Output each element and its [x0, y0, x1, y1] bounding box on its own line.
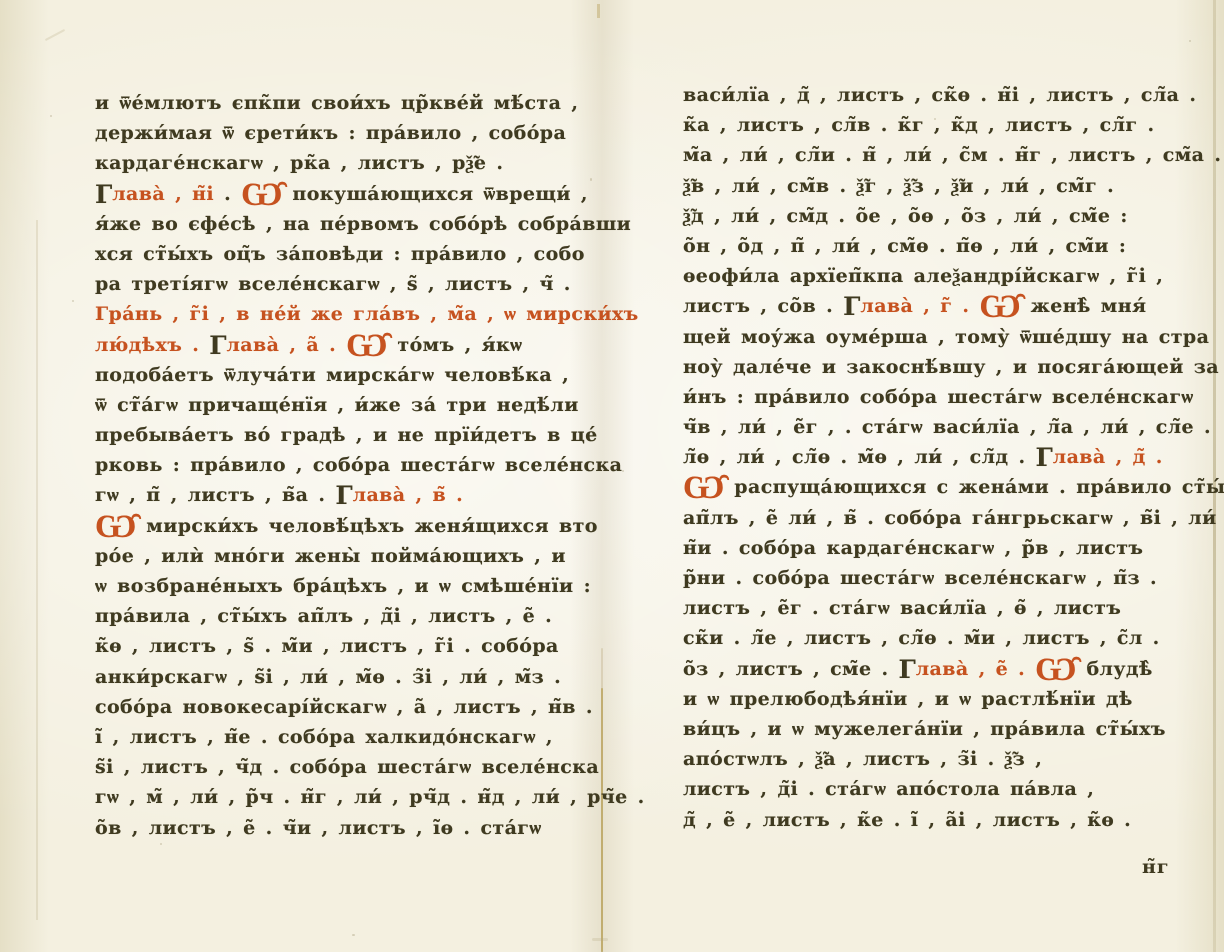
- text-line: к̃а , листъ , сл̃в . к̃г , к̃д , листъ ,…: [683, 110, 1188, 140]
- text-segment: ро́е , илѝ мно́ги жены̀ пойма́ющихъ , и: [95, 545, 566, 567]
- text-line: анки́рскагѡ , ѕ̃і , ли́ , м̃ѳ . з̃і , ли…: [95, 662, 600, 692]
- text-line: і̃ , листъ , н̃е . собо́ра халкидо́нскаг…: [95, 722, 600, 752]
- text-line: ра треті́ягѡ вселе́нскагѡ , ѕ̃ , листъ ,…: [95, 269, 600, 299]
- text-line: пребыва́етъ во́ градѣ , и не прїи́детъ в…: [95, 420, 600, 450]
- paper-speck: [590, 178, 592, 181]
- text-segment: гѡ , п̃ , листъ , в̃а .: [95, 484, 335, 506]
- text-segment: держи́мая ѿ єрети́къ : пра́вило , собо́р…: [95, 122, 566, 144]
- text-segment: подоба́етъ ѿлуча́ти мирска́гѡ человѣ́ка …: [95, 364, 569, 386]
- text-segment: гѡ , м̃ , ли́ , р̃ч . н̃г , ли́ , рч̃д .…: [95, 786, 645, 808]
- text-segment: то́мъ , я́кѡ: [387, 334, 522, 356]
- ornate-initial: Ѡ̑: [979, 286, 1020, 325]
- text-line: о̃в , листъ , е̃ . ч̃и , листъ , і̃ѳ . с…: [95, 813, 600, 843]
- text-line: апо́стѡлъ , ѯ̃а , листъ , з̃і . ѯ̃з ,: [683, 744, 1188, 774]
- text-line: листъ , е̃г . ста́гѡ васи́лїа , ѳ̃ , лис…: [683, 593, 1188, 623]
- text-segment: и ѡ прелюбодѣя́нїи , и ѡ растлѣ́нїи дѣ: [683, 688, 1133, 710]
- paper-speck: [50, 115, 52, 117]
- text-segment: ѿ ст̃а́гѡ причаще́нїя , и́же за́ три нед…: [95, 394, 579, 416]
- text-segment: ѯ̃в , ли́ , см̃в . ѯ̃г , ѯ̃з , ѯ̃и , ли́…: [683, 175, 1114, 197]
- text-segment: рковь : пра́вило , собо́ра шеста́гѡ всел…: [95, 454, 622, 476]
- text-line: Глава̀ , н̃і . Ѡ̑ покуша́ющихся ѿврещи́ …: [95, 179, 600, 209]
- text-segment: [969, 295, 979, 317]
- gutter-crease-line: [601, 688, 603, 952]
- chapter-capital: Г: [1036, 443, 1053, 472]
- chapter-capital: Г: [95, 180, 112, 209]
- text-line: я́же во єфе́сѣ , на пе́рвомъ собо́рѣ соб…: [95, 209, 600, 239]
- text-segment: апо́стѡлъ , ѯ̃а , листъ , з̃і . ѯ̃з ,: [683, 748, 1042, 770]
- text-segment: лю́дѣхъ .: [95, 334, 209, 356]
- text-line: листъ , д̃і . ста́гѡ апо́стола па́вла ,: [683, 774, 1188, 804]
- text-segment: листъ , со̃в .: [683, 295, 843, 317]
- text-line: ви́цъ , и ѡ мужелега́нїи , пра́вила ст̃ы…: [683, 714, 1188, 744]
- text-segment: листъ , д̃і . ста́гѡ апо́стола па́вла ,: [683, 778, 1094, 800]
- text-segment: и ѿе́млютъ єпк̃пи свои́хъ цр̃кве́й мѣ́ст…: [95, 92, 578, 114]
- text-segment: ск̃и . л̃е , листъ , сл̃ѳ . м̃и , листъ …: [683, 627, 1160, 649]
- page-left: и ѿе́млютъ єпк̃пи свои́хъ цр̃кве́й мѣ́ст…: [0, 0, 600, 952]
- text-line: держи́мая ѿ єрети́къ : пра́вило , собо́р…: [95, 118, 600, 148]
- text-line: листъ , со̃в . Глава̀ , г̃ . Ѡ̑ женѣ̀ мн…: [683, 291, 1188, 321]
- text-segment: лава̀ , н̃і: [112, 183, 214, 205]
- text-segment: ѡ возбране́ныхъ бра́цѣхъ , и ѡ смѣше́нїи…: [95, 575, 591, 597]
- text-line: ѿ ст̃а́гѡ причаще́нїя , и́же за́ три нед…: [95, 390, 600, 420]
- text-line: ро́е , илѝ мно́ги жены̀ пойма́ющихъ , и: [95, 541, 600, 571]
- text-line: собо́ра новокесарі́йскагѡ , а̃ , листъ ,…: [95, 692, 600, 722]
- text-line: гѡ , м̃ , ли́ , р̃ч . н̃г , ли́ , рч̃д .…: [95, 782, 600, 812]
- text-line: л̃ѳ , ли́ , сл̃ѳ . м̃ѳ , ли́ , сл̃д . Гл…: [683, 442, 1188, 472]
- text-segment: ап̃лъ , е̃ ли́ , в̃ . собо́ра га́нгрьска…: [683, 507, 1224, 529]
- text-segment: листъ , е̃г . ста́гѡ васи́лїа , ѳ̃ , лис…: [683, 597, 1121, 619]
- text-line: д̃ , е̃ , листъ , к̃е . і̃ , а̃і , листъ…: [683, 805, 1188, 835]
- text-segment: о̃з , листъ , см̃е .: [683, 658, 899, 680]
- book-scan: и ѿе́млютъ єпк̃пи свои́хъ цр̃кве́й мѣ́ст…: [0, 0, 1224, 952]
- text-line: пра́вила , ст̃ы́хъ ап̃лъ , д̃і , листъ ,…: [95, 601, 600, 631]
- bottom-gutter-smudge: [592, 938, 608, 941]
- text-segment: я́же во єфе́сѣ , на пе́рвомъ собо́рѣ соб…: [95, 213, 631, 235]
- text-line: и ѡ прелюбодѣя́нїи , и ѡ растлѣ́нїи дѣ: [683, 684, 1188, 714]
- ornate-initial: Ѡ̑: [1035, 649, 1076, 688]
- text-line: ап̃лъ , е̃ ли́ , в̃ . собо́ра га́нгрьска…: [683, 503, 1188, 533]
- text-segment: ѕ̃і , листъ , ч̃д . собо́ра шеста́гѡ все…: [95, 756, 599, 778]
- chapter-capital: Г: [843, 292, 860, 321]
- text-segment: ви́цъ , и ѡ мужелега́нїи , пра́вила ст̃ы…: [683, 718, 1166, 740]
- text-segment: мирски́хъ человѣ́цѣхъ женя́щихся вто: [136, 515, 598, 537]
- paper-speck: [352, 934, 355, 936]
- text-line: и ѿе́млютъ єпк̃пи свои́хъ цр̃кве́й мѣ́ст…: [95, 88, 600, 118]
- text-segment: кардаге́нскагѡ , рк̃а , листъ , рѯ̃е .: [95, 152, 503, 174]
- text-segment: лава̀ , г̃ .: [860, 295, 969, 317]
- text-segment: [1025, 658, 1035, 680]
- text-segment: к̃а , листъ , сл̃в . к̃г , к̃д , листъ ,…: [683, 114, 1154, 136]
- text-segment: д̃ , е̃ , листъ , к̃е . і̃ , а̃і , листъ…: [683, 809, 1131, 831]
- text-segment: .: [214, 183, 241, 205]
- text-line: и́нъ : пра́вило собо́ра шеста́гѡ вселе́н…: [683, 382, 1188, 412]
- text-segment: о̃н , о̃д , п̃ , ли́ , см̃ѳ . п̃ѳ , ли́ …: [683, 235, 1126, 257]
- text-line: ск̃и . л̃е , листъ , сл̃ѳ . м̃и , листъ …: [683, 623, 1188, 653]
- text-segment: і̃ , листъ , н̃е . собо́ра халкидо́нскаг…: [95, 726, 553, 748]
- text-segment: анки́рскагѡ , ѕ̃і , ли́ , м̃ѳ . з̃і , ли…: [95, 666, 561, 688]
- paper-speck: [1214, 520, 1216, 523]
- text-segment: ѳеофи́ла архїеп̃кпа алеѯандрі́йскагѡ , г…: [683, 265, 1163, 287]
- folio-number: н̃г: [1142, 856, 1170, 878]
- paper-speck: [160, 843, 162, 845]
- text-line: м̃а , ли́ , сл̃и . н̃ , ли́ , с̃м . н̃г …: [683, 140, 1188, 170]
- text-line: щей моу́жа оуме́рша , тому̀ ѿше́дшу на с…: [683, 322, 1188, 352]
- text-segment: ноу̀ дале́че и закоснѣ́вшу , и посяга́ющ…: [683, 356, 1219, 378]
- text-segment: покуша́ющихся ѿврещи́ ,: [282, 183, 588, 205]
- text-segment: щей моу́жа оуме́рша , тому̀ ѿше́дшу на с…: [683, 326, 1209, 348]
- text-segment: к̃ѳ , листъ , ѕ̃ . м̃и , листъ , г̃і . с…: [95, 635, 559, 657]
- chapter-capital: Г: [335, 481, 352, 510]
- text-segment: блудѣ̀: [1076, 658, 1152, 680]
- text-line: н̃и . собо́ра кардаге́нскагѡ , р̃в , лис…: [683, 533, 1188, 563]
- text-segment: васи́лїа , д̃ , листъ , ск̃ѳ . н̃і , лис…: [683, 84, 1196, 106]
- text-line: лю́дѣхъ . Глава̀ , а̃ . Ѡ̑ то́мъ , я́кѡ: [95, 330, 600, 360]
- text-line: рковь : пра́вило , собо́ра шеста́гѡ всел…: [95, 450, 600, 480]
- text-line: хся ст̃ы́хъ оц̃ъ за́повѣди : пра́вило , …: [95, 239, 600, 269]
- text-line: ч̃в , ли́ , е̃г , . ста́гѡ васи́лїа , л̃…: [683, 412, 1188, 442]
- text-segment: лава̀ , д̃ .: [1053, 446, 1163, 468]
- chapter-capital: Г: [899, 655, 916, 684]
- page-right: васи́лїа , д̃ , листъ , ск̃ѳ . н̃і , лис…: [612, 0, 1224, 952]
- text-segment: женѣ̀ мня́: [1021, 295, 1147, 317]
- chapter-capital: Г: [209, 331, 226, 360]
- text-segment: лава̀ , в̃ .: [353, 484, 464, 506]
- text-segment: и́нъ : пра́вило собо́ра шеста́гѡ вселе́н…: [683, 386, 1194, 408]
- text-segment: м̃а , ли́ , сл̃и . н̃ , ли́ , с̃м . н̃г …: [683, 144, 1221, 166]
- text-segment: пребыва́етъ во́ градѣ , и не прїи́детъ в…: [95, 424, 598, 446]
- text-segment: лава̀ , е̃ .: [916, 658, 1025, 680]
- text-line: подоба́етъ ѿлуча́ти мирска́гѡ человѣ́ка …: [95, 360, 600, 390]
- left-page-text-block: и ѿе́млютъ єпк̃пи свои́хъ цр̃кве́й мѣ́ст…: [95, 88, 600, 843]
- text-segment: р̃ни . собо́ра шеста́гѡ вселе́нскагѡ , п…: [683, 567, 1157, 589]
- text-line: ѯ̃в , ли́ , см̃в . ѯ̃г , ѯ̃з , ѯ̃и , ли́…: [683, 171, 1188, 201]
- text-segment: распуща́ющихся с жена́ми . пра́вило ст̃ы…: [724, 476, 1224, 498]
- text-line: о̃н , о̃д , п̃ , ли́ , см̃ѳ . п̃ѳ , ли́ …: [683, 231, 1188, 261]
- text-line: о̃з , листъ , см̃е . Глава̀ , е̃ . Ѡ̑ бл…: [683, 654, 1188, 684]
- ornate-initial: Ѡ̑: [346, 325, 387, 364]
- text-segment: ра треті́ягѡ вселе́нскагѡ , ѕ̃ , листъ ,…: [95, 273, 571, 295]
- text-segment: л̃ѳ , ли́ , сл̃ѳ . м̃ѳ , ли́ , сл̃д .: [683, 446, 1036, 468]
- text-line: кардаге́нскагѡ , рк̃а , листъ , рѯ̃е .: [95, 148, 600, 178]
- text-line: Ѡ̑ распуща́ющихся с жена́ми . пра́вило с…: [683, 472, 1188, 502]
- ornate-initial: Ѡ̑: [95, 506, 136, 545]
- text-segment: ч̃в , ли́ , е̃г , . ста́гѡ васи́лїа , л̃…: [683, 416, 1211, 438]
- text-segment: хся ст̃ы́хъ оц̃ъ за́повѣди : пра́вило , …: [95, 243, 585, 265]
- ornate-initial: Ѡ̑: [683, 467, 724, 506]
- text-segment: н̃и . собо́ра кардаге́нскагѡ , р̃в , лис…: [683, 537, 1143, 559]
- text-segment: лава̀ , а̃ .: [227, 334, 337, 356]
- text-line: Ѡ̑ мирски́хъ человѣ́цѣхъ женя́щихся вто: [95, 511, 600, 541]
- text-segment: [336, 334, 346, 356]
- text-line: ѳеофи́ла архїеп̃кпа алеѯандрі́йскагѡ , г…: [683, 261, 1188, 291]
- text-segment: о̃в , листъ , е̃ . ч̃и , листъ , і̃ѳ . с…: [95, 817, 542, 839]
- text-segment: собо́ра новокесарі́йскагѡ , а̃ , листъ ,…: [95, 696, 593, 718]
- right-page-text-block: васи́лїа , д̃ , листъ , ск̃ѳ . н̃і , лис…: [683, 80, 1188, 835]
- text-segment: Гра́нь , г̃і , в не́й же гла́въ , м̃а , …: [95, 303, 639, 325]
- text-line: к̃ѳ , листъ , ѕ̃ . м̃и , листъ , г̃і . с…: [95, 631, 600, 661]
- text-line: р̃ни . собо́ра шеста́гѡ вселе́нскагѡ , п…: [683, 563, 1188, 593]
- paper-speck: [622, 470, 624, 472]
- paper-speck: [72, 300, 74, 302]
- text-line: ѡ возбране́ныхъ бра́цѣхъ , и ѡ смѣше́нїи…: [95, 571, 600, 601]
- text-segment: ѯ̃д , ли́ , см̃д . о̃е , о̃ѳ , о̃з , ли́…: [683, 205, 1128, 227]
- paper-speck: [934, 118, 936, 120]
- text-line: гѡ , п̃ , листъ , в̃а . Глава̀ , в̃ .: [95, 480, 600, 510]
- text-line: ѯ̃д , ли́ , см̃д . о̃е , о̃ѳ , о̃з , ли́…: [683, 201, 1188, 231]
- text-line: ѕ̃і , листъ , ч̃д . собо́ра шеста́гѡ все…: [95, 752, 600, 782]
- text-line: васи́лїа , д̃ , листъ , ск̃ѳ . н̃і , лис…: [683, 80, 1188, 110]
- text-segment: пра́вила , ст̃ы́хъ ап̃лъ , д̃і , листъ ,…: [95, 605, 552, 627]
- ornate-initial: Ѡ̑: [241, 174, 282, 213]
- paper-speck: [268, 312, 271, 315]
- text-line: ноу̀ дале́че и закоснѣ́вшу , и посяга́ющ…: [683, 352, 1188, 382]
- paper-speck: [1189, 40, 1191, 42]
